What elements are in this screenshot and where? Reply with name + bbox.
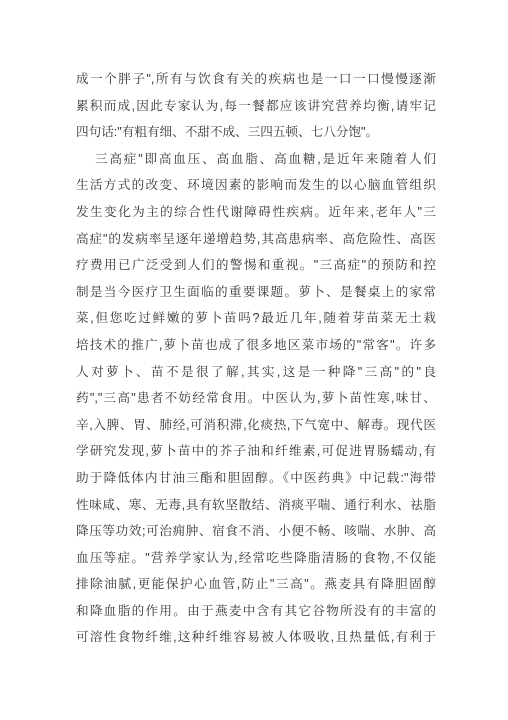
text-line: 菜,但您吃过鲜嫩的萝卜苗吗?最近几年,随着芽苗菜无土栽 — [76, 305, 436, 332]
text-line: 性味咸、寒、无毒,具有软坚散结、消痰平喘、通行利水、祛脂 — [76, 492, 436, 519]
text-line: 四句话:"有粗有细、不甜不成、三四五顿、七八分饱"。 — [76, 119, 436, 146]
text-line: 辛,入脾、胃、肺经,可消积滞,化痰热,下气宽中、解毒。现代医 — [76, 412, 436, 439]
text-line: 降压等功效;可治痈肿、宿食不消、小便不畅、咳喘、水肿、高 — [76, 518, 436, 545]
document-page: 成一个胖子",所有与饮食有关的疾病也是一口一口慢慢逐渐 累积而成,因此专家认为,… — [0, 0, 508, 720]
text-line: 培技术的推广,萝卜苗也成了很多地区菜市场的"常客"。许多 — [76, 332, 436, 359]
text-line: 和降血脂的作用。由于燕麦中含有其它谷物所没有的丰富的 — [76, 598, 436, 625]
text-line: 成一个胖子",所有与饮食有关的疾病也是一口一口慢慢逐渐 — [76, 66, 436, 93]
text-line: 累积而成,因此专家认为,每一餐都应该讲究营养均衡,请牢记 — [76, 93, 436, 120]
document-text: 成一个胖子",所有与饮食有关的疾病也是一口一口慢慢逐渐 累积而成,因此专家认为,… — [76, 66, 436, 651]
text-line: 助于降低体内甘油三酯和胆固醇。《中医药典》中记载:"海带 — [76, 465, 436, 492]
text-line: 血压等症。"营养学家认为,经常吃些降脂清肠的食物,不仅能 — [76, 545, 436, 572]
text-line: 疗费用已广泛受到人们的警惕和重视。"三高症"的预防和控 — [76, 252, 436, 279]
text-line: 可溶性食物纤维,这种纤维容易被人体吸收,且热量低,有利于 — [76, 624, 436, 651]
text-line: 制是当今医疗卫生面临的重要课题。萝卜、是餐桌上的家常 — [76, 279, 436, 306]
text-line: 人对萝卜、苗不是很了解,其实,这是一种降"三高"的"良 — [76, 359, 436, 386]
text-line: 高症"的发病率呈逐年递增趋势,其高患病率、高危险性、高医 — [76, 226, 436, 253]
text-line: 三高症"即高血压、高血脂、高血糖,是近年来随着人们 — [76, 146, 436, 173]
text-line: 生活方式的改变、环境因素的影响而发生的以心脑血管组织 — [76, 172, 436, 199]
text-line: 排除油腻,更能保护心血管,防止"三高"。燕麦具有降胆固醇 — [76, 571, 436, 598]
text-line: 学研究发现,萝卜苗中的芥子油和纤维素,可促进胃肠蠕动,有 — [76, 438, 436, 465]
text-line: 发生变化为主的综合性代谢障碍性疾病。近年来,老年人"三 — [76, 199, 436, 226]
text-line: 药","三高"患者不妨经常食用。中医认为,萝卜苗性寒,味甘、 — [76, 385, 436, 412]
